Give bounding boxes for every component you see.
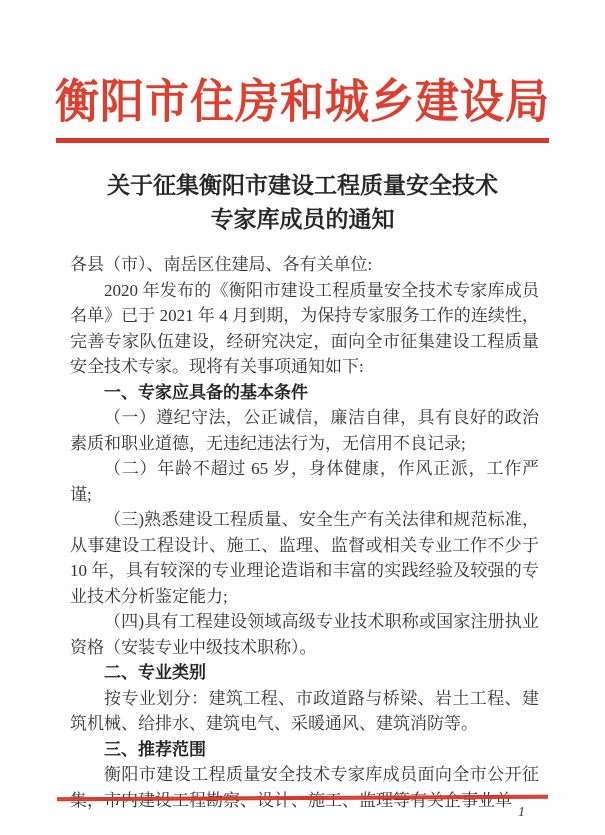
document-title: 关于征集衡阳市建设工程质量安全技术 专家库成员的通知 [0,169,605,237]
title-line-2: 专家库成员的通知 [0,203,605,237]
paragraph: 按专业划分：建筑工程、市政道路与桥梁、岩土工程、建筑机械、给排水、建筑电气、采暖… [70,686,539,737]
page-number: 1 [518,805,525,821]
paragraph: （四)具有工程建设领域高级专业技术职称或国家注册执业资格（安装专业中级技术职称）… [70,609,539,660]
paragraph: 衡阳市建设工程质量安全技术专家库成员面向全市公开征集，市内建设工程勘察、设计、施… [70,762,539,813]
salutation: 各县（市）、南岳区住建局、各有关单位: [70,252,539,278]
paragraph: 2020 年发布的《衡阳市建设工程质量安全技术专家库成员名单》已于 2021 年… [70,278,539,380]
section-heading: 一、专家应具备的基本条件 [70,380,539,406]
agency-letterhead: 衡阳市住房和城乡建设局 [0,0,605,138]
section-heading: 二、专业类别 [70,660,539,686]
paragraph: （一）遵纪守法，公正诚信，廉洁自律，具有良好的政治素质和职业道德，无违纪违法行为… [70,405,539,456]
document-body: 各县（市）、南岳区住建局、各有关单位: 2020 年发布的《衡阳市建设工程质量安… [70,252,539,813]
paragraph: （三)熟悉建设工程质量、安全生产有关法律和规范标准，从事建设工程设计、施工、监理… [70,507,539,609]
scanned-notice-page: 衡阳市住房和城乡建设局 关于征集衡阳市建设工程质量安全技术 专家库成员的通知 各… [0,0,605,835]
letterhead-divider [56,138,549,143]
paragraph: （二）年龄不超过 65 岁，身体健康，作风正派，工作严谨; [70,456,539,507]
section-heading: 三、推荐范围 [70,737,539,763]
title-line-1: 关于征集衡阳市建设工程质量安全技术 [0,169,605,203]
